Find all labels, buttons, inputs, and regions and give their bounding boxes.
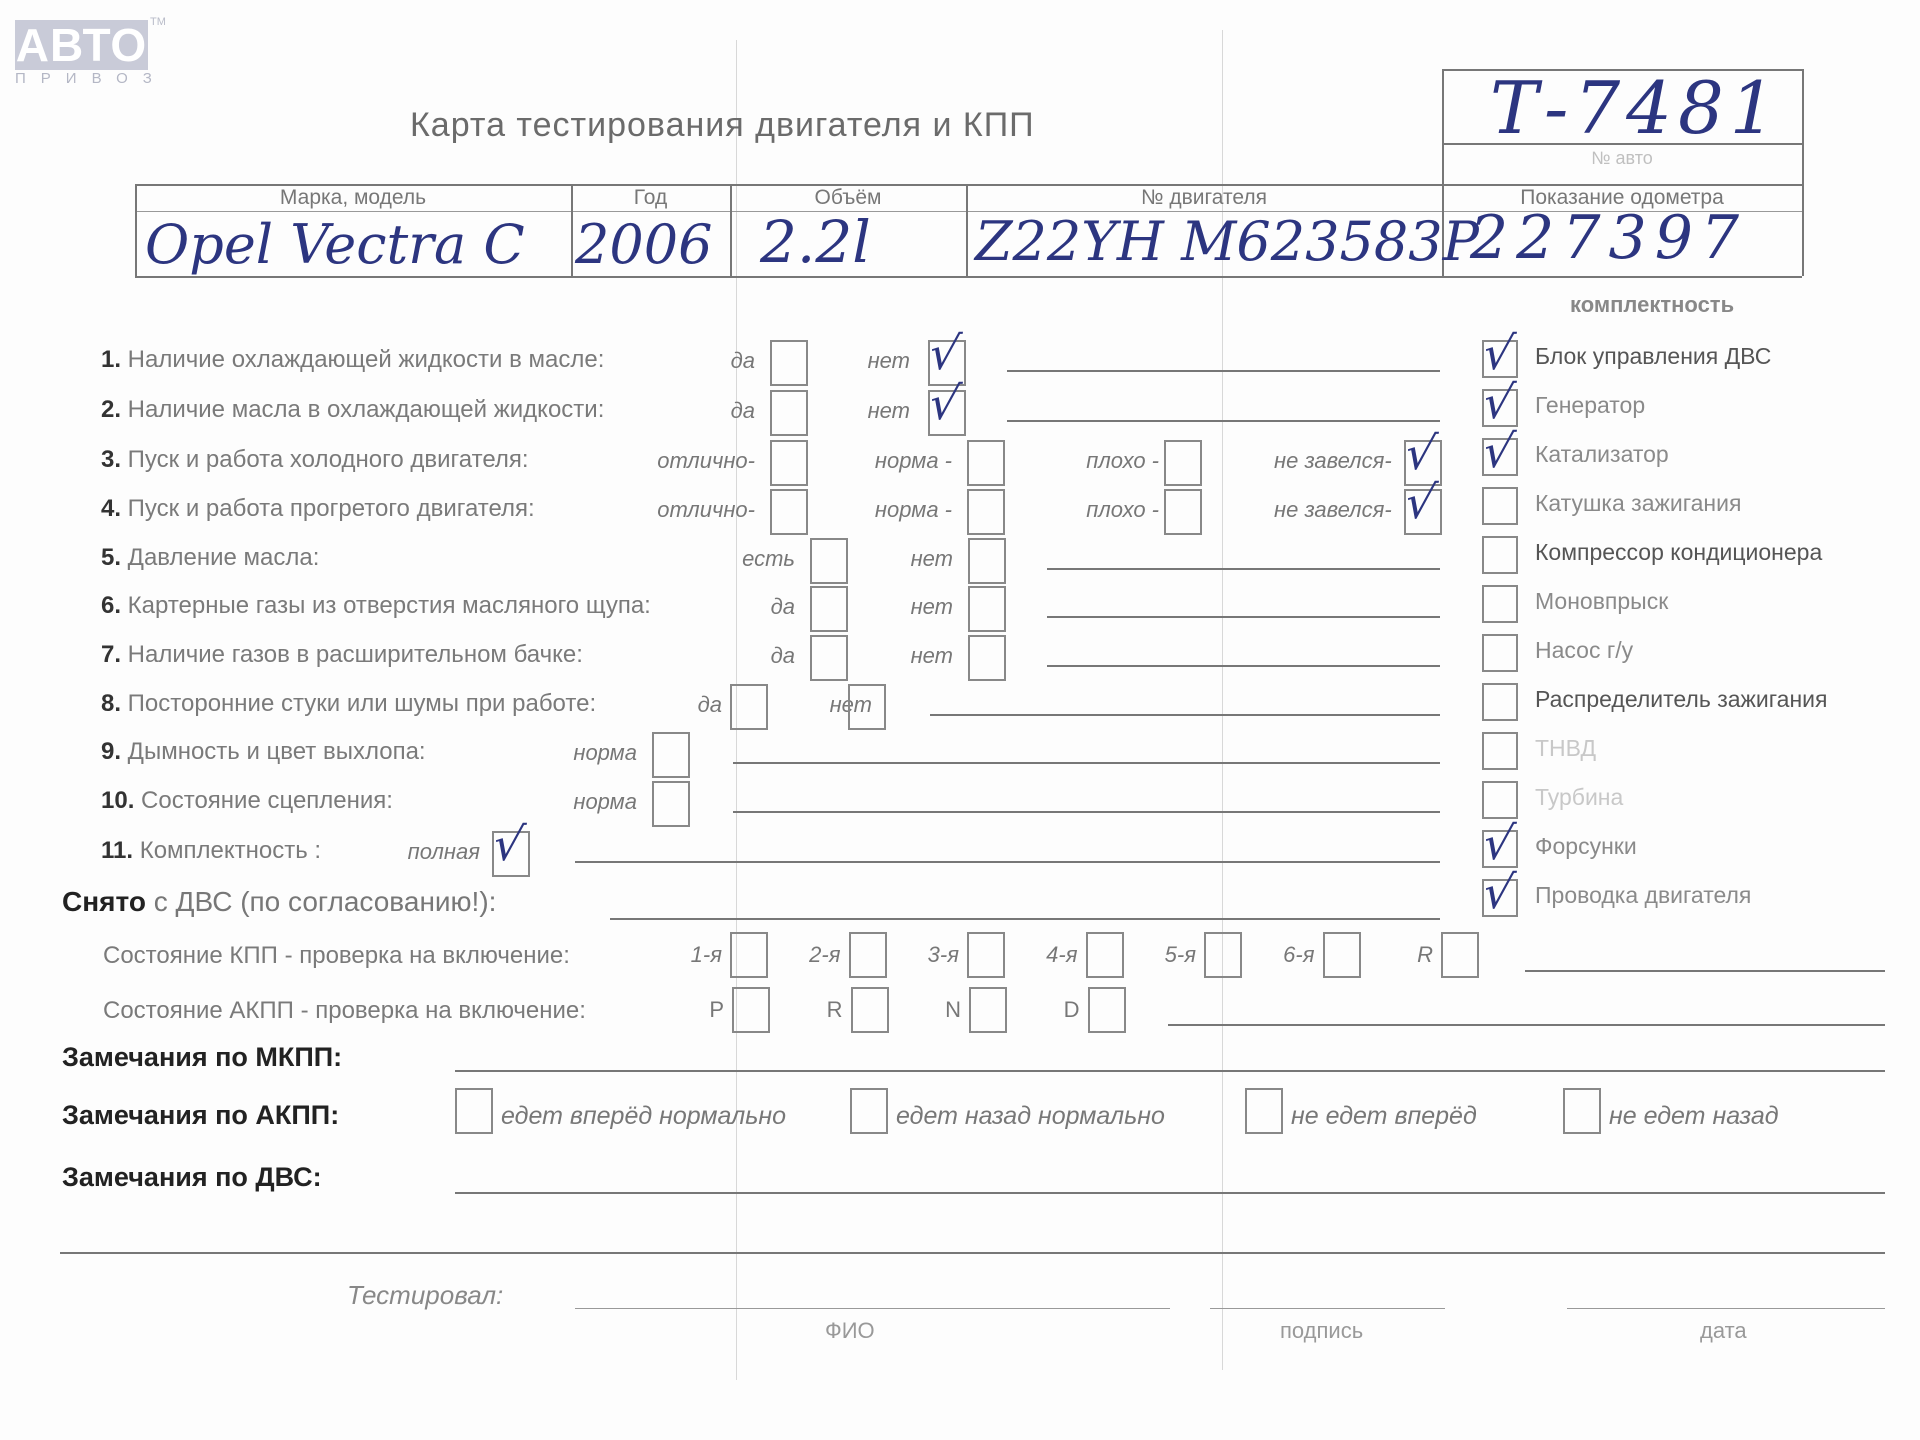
row-label: Давление масла: [121,544,319,571]
removed-parts-label-rest: с ДВС (по согласованию!): [146,886,497,917]
year-value[interactable]: 2006 [575,215,712,275]
gear-label: 1-я [650,942,722,968]
kit-item-label: Компрессор кондиционера [1535,539,1822,566]
column-header-volume: Объём [730,186,966,210]
notes-line[interactable] [733,762,1440,764]
option-checkbox[interactable] [968,586,1006,632]
remarks-engine-label: Замечания по ДВС: [62,1162,322,1193]
remarks-manual-label: Замечания по МКПП: [62,1042,342,1073]
remark-option-checkbox[interactable] [1245,1088,1283,1134]
option-label: не завелся- [1274,448,1389,474]
row-label: Посторонние стуки или шумы при работе: [121,690,596,717]
gear-checkbox[interactable] [849,932,887,978]
manual-gearbox-label: Состояние КПП - проверка на включение: [103,942,570,970]
gear-checkbox[interactable] [730,932,768,978]
notes-line[interactable] [1007,420,1440,422]
kit-checkbox[interactable] [1482,585,1518,623]
option-label: норма - [837,448,952,474]
date-caption: дата [1700,1318,1747,1344]
notes-line[interactable] [1047,568,1440,570]
manual-gearbox-notes-line[interactable] [1525,970,1885,972]
option-label: полная [365,839,480,865]
kit-item-label: ТНВД [1535,735,1596,762]
notes-line[interactable] [930,714,1440,716]
remark-option-checkbox[interactable] [1563,1088,1601,1134]
gear-label: R [771,997,843,1023]
car-id-label: № авто [1442,148,1802,169]
gear-label: N [889,997,961,1023]
remark-option-label: едет назад нормально [896,1102,1165,1131]
removed-parts-label-bold: Снято [62,886,146,917]
option-label: да [640,398,755,424]
notes-line[interactable] [1007,370,1440,372]
kit-item-label: Форсунки [1535,833,1637,860]
gear-checkbox[interactable] [1088,987,1126,1033]
notes-line[interactable] [1047,616,1440,618]
remark-option-label: не едет вперёд [1291,1102,1477,1131]
row-number: 7. Наличие газов в расширительном бачке: [101,641,583,669]
option-label: не завелся- [1274,497,1389,523]
make-model-value[interactable]: Opel Vectra C [145,215,525,275]
row-number: 1. Наличие охлаждающей жидкости в масле: [101,346,604,374]
page-title: Карта тестирования двигателя и КПП [410,106,1035,145]
option-label: нет [795,398,910,424]
row-number-text: 6. [101,592,121,619]
option-checkbox[interactable] [967,489,1005,535]
remark-option-label: не едет назад [1609,1102,1779,1131]
option-label: плохо - [1044,497,1159,523]
column-header-engine-number: № двигателя [966,186,1442,210]
auto-gearbox-label: Состояние АКПП - проверка на включение: [103,997,586,1025]
option-checkbox[interactable] [848,684,886,730]
row-number: 9. Дымность и цвет выхлопа: [101,738,426,766]
gear-label: D [1008,997,1080,1023]
kit-checkbox[interactable] [1482,683,1518,721]
option-label: есть [680,546,795,572]
gear-checkbox[interactable] [967,932,1005,978]
row-number-text: 5. [101,544,121,571]
option-checkbox[interactable] [652,732,690,778]
kit-item-label: Катализатор [1535,441,1669,468]
row-number: 11. Комплектность : [101,837,321,865]
option-checkbox[interactable] [652,781,690,827]
kit-item-label: Распределитель зажигания [1535,686,1827,713]
option-checkbox[interactable] [770,489,808,535]
row-number: 8. Посторонние стуки или шумы при работе… [101,690,596,718]
kit-section-title: комплектность [1570,292,1734,318]
tested-by-label: Тестировал: [347,1280,503,1311]
row-number-text: 2. [101,396,121,423]
remark-option-checkbox[interactable] [850,1088,888,1134]
option-checkbox[interactable] [968,538,1006,584]
row-label: Наличие газов в расширительном бачке: [121,641,583,668]
gear-checkbox[interactable] [851,987,889,1033]
option-checkbox[interactable] [968,635,1006,681]
gear-label: R [1361,942,1433,968]
remark-option-label: едет вперёд нормально [501,1102,786,1131]
option-label: да [680,594,795,620]
row-number: 10. Состояние сцепления: [101,787,393,815]
gear-label: 4-я [1006,942,1078,968]
remark-option-checkbox[interactable] [455,1088,493,1134]
option-label: норма [522,789,637,815]
kit-item-label: Блок управления ДВС [1535,343,1771,370]
option-label: норма [522,740,637,766]
column-header-year: Год [571,186,730,210]
gear-label: 3-я [887,942,959,968]
row-label: Наличие охлаждающей жидкости в масле: [121,346,604,373]
row-number-text: 11. [101,837,133,864]
kit-checkbox[interactable] [1482,732,1518,770]
removed-parts-line[interactable] [610,918,1440,920]
option-label: да [680,643,795,669]
row-number-text: 4. [101,495,121,522]
row-label: Картерные газы из отверстия масляного щу… [121,592,651,619]
remarks-auto-label: Замечания по АКПП: [62,1100,339,1131]
gear-checkbox[interactable] [1323,932,1361,978]
option-label: плохо - [1044,448,1159,474]
date-line[interactable] [1567,1308,1885,1309]
row-label: Дымность и цвет выхлопа: [121,738,426,765]
gear-checkbox[interactable] [969,987,1007,1033]
row-label: Пуск и работа прогретого двигателя: [121,495,535,522]
kit-item-label: Генератор [1535,392,1645,419]
option-label: отлично- [640,497,755,523]
kit-item-label: Катушка зажигания [1535,490,1741,517]
car-id-value: Т-7481 [1490,68,1782,148]
gear-label: 5-я [1124,942,1196,968]
option-label: отлично- [640,448,755,474]
gear-label: 6-я [1243,942,1315,968]
remarks-extra-line[interactable] [60,1252,1885,1254]
kit-checkbox[interactable] [1482,487,1518,525]
notes-line[interactable] [733,811,1440,813]
kit-item-label: Турбина [1535,784,1623,811]
row-number-text: 7. [101,641,121,668]
fio-line[interactable] [575,1308,1170,1309]
volume-value[interactable]: 2.2l [760,212,871,272]
gear-label: 2-я [769,942,841,968]
row-label: Наличие масла в охлаждающей жидкости: [121,396,604,423]
option-checkbox[interactable] [1164,489,1202,535]
odometer-value[interactable]: 227397 [1470,208,1747,268]
removed-parts-label: Снято с ДВС (по согласованию!): [62,886,496,918]
kit-checkbox[interactable] [1482,536,1518,574]
option-label: нет [838,546,953,572]
option-checkbox[interactable] [770,440,808,486]
option-label: нет [838,643,953,669]
kit-item-label: Насос г/у [1535,637,1633,664]
row-number: 4. Пуск и работа прогретого двигателя: [101,495,535,523]
remarks-engine-line[interactable] [455,1192,1885,1194]
gear-label: P [652,997,724,1023]
trademark-mark: TM [150,16,166,28]
row-number: 6. Картерные газы из отверстия масляного… [101,592,651,620]
option-label: нет [838,594,953,620]
row-number-text: 8. [101,690,121,717]
kit-item-label: Моновпрыск [1535,588,1668,615]
auto-gearbox-notes-line[interactable] [1168,1024,1885,1026]
row-number: 2. Наличие масла в охлаждающей жидкости: [101,396,604,424]
row-number: 5. Давление масла: [101,544,319,572]
signature-line[interactable] [1210,1308,1445,1309]
kit-item-label: Проводка двигателя [1535,882,1751,909]
option-checkbox[interactable] [1164,440,1202,486]
row-number-text: 10. [101,787,134,814]
row-number-text: 3. [101,446,121,473]
row-label: Пуск и работа холодного двигателя: [121,446,529,473]
gear-checkbox[interactable] [1441,932,1479,978]
row-number: 3. Пуск и работа холодного двигателя: [101,446,529,474]
kit-checkbox[interactable] [1482,634,1518,672]
kit-checkbox[interactable] [1482,781,1518,819]
option-checkbox[interactable] [967,440,1005,486]
fio-caption: ФИО [825,1318,875,1344]
option-label: да [640,348,755,374]
signature-caption: подпись [1280,1318,1363,1344]
brand-logo-subtitle: ПРИВОЗ [15,70,150,87]
remarks-manual-line[interactable] [455,1070,1885,1072]
notes-line[interactable] [575,861,1440,863]
row-label: Состояние сцепления: [134,787,393,814]
row-label: Комплектность : [133,837,321,864]
gear-checkbox[interactable] [732,987,770,1033]
brand-logo: АВТО [15,20,148,70]
option-label: да [607,692,722,718]
row-number-text: 1. [101,346,121,373]
row-number-text: 9. [101,738,121,765]
notes-line[interactable] [1047,665,1440,667]
column-header-make-model: Марка, модель [135,186,571,210]
gear-checkbox[interactable] [1086,932,1124,978]
option-label: норма - [837,497,952,523]
engine-number-value[interactable]: Z22YH M623583P [975,212,1479,272]
gear-checkbox[interactable] [1204,932,1242,978]
option-label: нет [795,348,910,374]
